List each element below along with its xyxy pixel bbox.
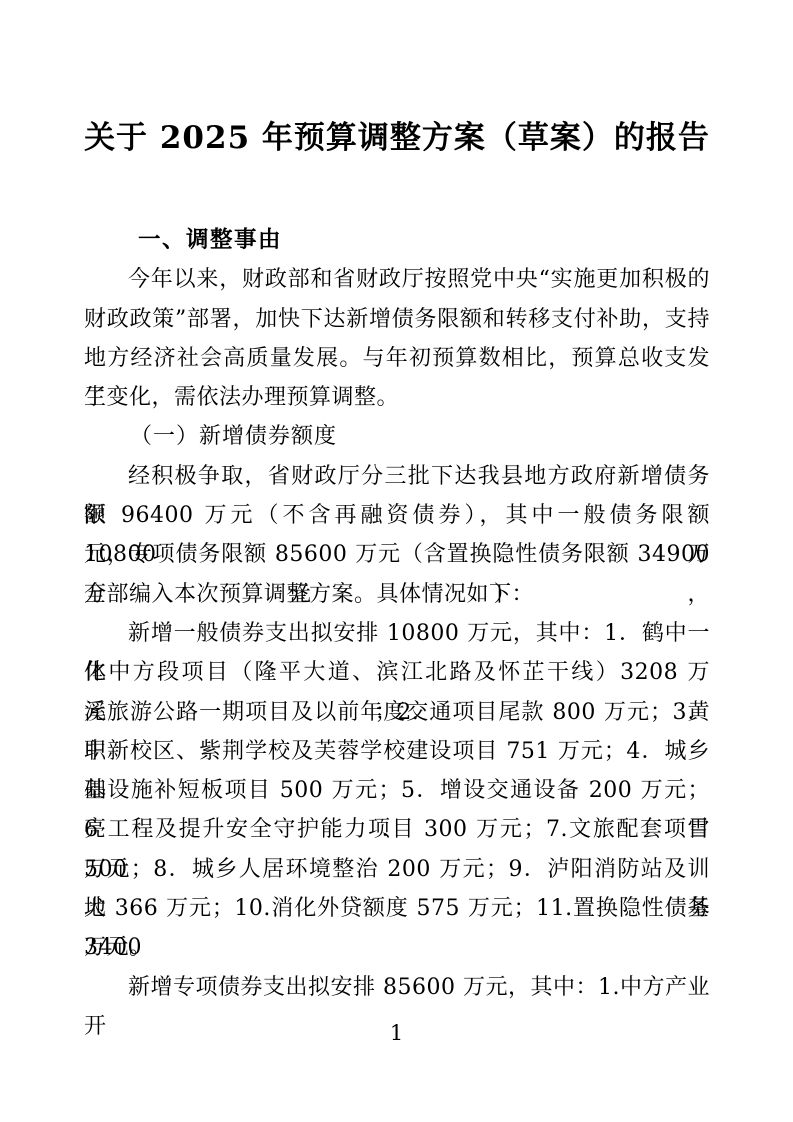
- para-overview-line1: 今年以来，财政部和省财政厅按照党中央“实施更加积极的: [84, 260, 710, 299]
- para-overview-line4: 了变化，需依法办理预算调整。: [84, 378, 710, 417]
- para-general-bond-line9: 万元。: [84, 928, 710, 967]
- para-general-bond-line3: 溪旅游公路一期项目及以前年度交通项目尾款 800 万元；3．职: [84, 693, 710, 732]
- para-overview-line2: 财政政策”部署，加快下达新增债务限额和转移支付补助，支持: [84, 300, 710, 339]
- para-overview-line3: 地方经济社会高质量发展。与年初预算数相比，预算总收支发生: [84, 339, 710, 378]
- para-special-bond-line1: 新增专项债券支出拟安排 85600 万元，其中：1.中方产业开: [84, 968, 710, 1007]
- page-number: 1: [0, 1021, 793, 1045]
- document-page: 关于 2025 年预算调整方案（草案）的报告 一、调整事由 今年以来，财政部和省…: [0, 0, 793, 1122]
- para-general-bond-line5: 础设施补短板项目 500 万元；5．增设交通设备 200 万元；6．雪: [84, 771, 710, 810]
- para-general-bond-line8: 地 366 万元；10.消化外贷额度 575 万元；11.置换隐性债务 3400: [84, 889, 710, 928]
- para-general-bond-line6: 亮工程及提升安全守护能力项目 300 万元；7.文旅配套项目 500: [84, 810, 710, 849]
- document-title: 关于 2025 年预算调整方案（草案）的报告: [84, 116, 710, 160]
- heading-adjustment-reason: 一、调整事由: [84, 221, 710, 260]
- para-quota-line1: 经积极争取，省财政厅分三批下达我县地方政府新增债务限: [84, 457, 710, 496]
- document-body: 一、调整事由 今年以来，财政部和省财政厅按照党中央“实施更加积极的 财政政策”部…: [84, 221, 710, 1007]
- para-general-bond-line7: 万元；8．城乡人居环境整治 200 万元；9．泸阳消防站及训犬基: [84, 850, 710, 889]
- para-general-bond-line2: 化中方段项目（隆平大道、滨江北路及怀芷干线）3208 万元；2.黄: [84, 653, 710, 692]
- para-quota-line2: 额 96400 万元（不含再融资债券），其中一般债务限额 10800 万: [84, 496, 710, 535]
- para-quota-line3: 元，专项债务限额 85600 万元（含置换隐性债务限额 34900 万元），: [84, 535, 710, 574]
- para-general-bond-line1: 新增一般债券支出拟安排 10800 万元，其中：1．鹤中一体: [84, 614, 710, 653]
- subheading-new-bond-quota: （一）新增债券额度: [84, 417, 710, 456]
- para-general-bond-line4: 中新校区、紫荆学校及芙蓉学校建设项目 751 万元；4．城乡基: [84, 732, 710, 771]
